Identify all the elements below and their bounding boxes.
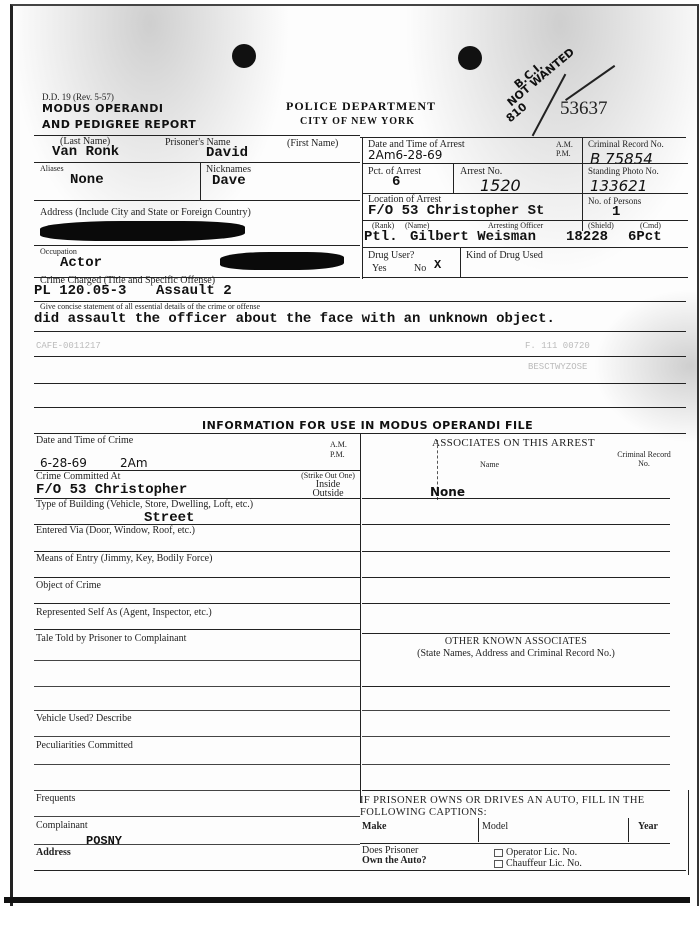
- aliases-label: Aliases: [40, 164, 64, 173]
- associates-record-col: Criminal Record No.: [616, 450, 672, 468]
- complainant-address-label: Address: [36, 847, 71, 858]
- first-name-value: David: [206, 145, 248, 161]
- vehicle-used-label: Vehicle Used? Describe: [36, 713, 132, 724]
- auto-heading: IF PRISONER OWNS OR DRIVES AN AUTO, FILL…: [360, 795, 690, 819]
- associates-line: [362, 498, 670, 499]
- complainant-value: POSNY: [86, 834, 122, 848]
- num-persons-value: 1: [612, 204, 620, 220]
- frequents-label: Frequents: [36, 793, 75, 804]
- associates-line: [362, 577, 670, 578]
- divider: [34, 686, 360, 687]
- type-building-label: Type of Building (Vehicle, Store, Dwelli…: [36, 499, 253, 510]
- owns-auto-label-line2: Own the Auto?: [362, 855, 426, 866]
- associates-line: [362, 524, 670, 525]
- date-time-arrest-value: 2Am6-28-69: [368, 148, 442, 162]
- center-divider: [360, 433, 361, 803]
- statement-line: [34, 356, 686, 357]
- vertical-divider: [362, 137, 363, 279]
- associates-line: [362, 603, 670, 604]
- divider: [34, 551, 360, 552]
- vertical-divider: [460, 247, 461, 277]
- auto-year-label: Year: [638, 821, 658, 832]
- divider: [34, 736, 360, 737]
- divider: [34, 577, 360, 578]
- first-name-label: (First Name): [287, 138, 338, 149]
- crime-pm-label: P.M.: [330, 450, 345, 459]
- officer-command-value: 6Pct: [628, 229, 662, 245]
- represented-self-label: Represented Self As (Agent, Inspector, e…: [36, 607, 212, 618]
- associates-name-col: Name: [480, 460, 499, 469]
- divider: [34, 200, 360, 201]
- pct-arrest-value: 6: [392, 174, 400, 190]
- mo-section-title: INFORMATION FOR USE IN MODUS OPERANDI FI…: [202, 419, 533, 432]
- vertical-divider: [453, 163, 454, 193]
- divider: [34, 162, 360, 163]
- address-label: Address (Include City and State or Forei…: [40, 207, 251, 218]
- statement-line: [34, 383, 686, 384]
- divider: [34, 603, 360, 604]
- tale-told-label: Tale Told by Prisoner to Complainant: [36, 633, 186, 644]
- chauffeur-license-option[interactable]: Chauffeur Lic. No.: [494, 858, 582, 869]
- divider: [362, 277, 688, 278]
- department-name: POLICE DEPARTMENT: [286, 99, 436, 114]
- officer-rank-value: Ptl.: [364, 229, 398, 245]
- form-title-line2: AND PEDIGREE REPORT: [42, 118, 196, 131]
- redacted-field: [220, 252, 344, 270]
- associate-entry: None: [430, 485, 465, 499]
- aliases-value: None: [70, 172, 104, 188]
- kind-drug-label: Kind of Drug Used: [466, 250, 543, 261]
- divider: [362, 163, 688, 164]
- chauffeur-license-label: Chauffeur Lic. No.: [506, 858, 582, 869]
- object-crime-label: Object of Crime: [36, 580, 101, 591]
- right-border: [688, 790, 689, 875]
- associates-title: ASSOCIATES ON THIS ARREST: [432, 437, 595, 449]
- officer-shield-value: 18228: [566, 229, 608, 245]
- drug-yes-label: Yes: [372, 263, 387, 274]
- chauffeur-checkbox[interactable]: [494, 860, 503, 868]
- drug-user-label: Drug User?: [368, 250, 414, 261]
- peculiarities-label: Peculiarities Committed: [36, 740, 133, 751]
- location-arrest-value: F/O 53 Christopher St: [368, 203, 544, 219]
- crime-committed-label: Crime Committed At: [36, 471, 120, 482]
- divider: [34, 870, 686, 871]
- owns-auto-label: Does Prisoner Own the Auto?: [362, 846, 426, 866]
- redacted-address: [40, 221, 245, 241]
- page-bottom-edge: [4, 897, 690, 903]
- vertical-divider: [478, 818, 479, 842]
- associates-line: [362, 764, 670, 765]
- form-title-line1: MODUS OPERANDI: [42, 102, 163, 115]
- crime-charged-code: PL 120.05-3: [34, 283, 126, 299]
- associates-line: [362, 736, 670, 737]
- divider: [34, 844, 360, 845]
- bleed-through-text: CAFE-0011217: [36, 341, 101, 351]
- divider: [34, 764, 360, 765]
- associates-line: [362, 686, 670, 687]
- occupation-value: Actor: [60, 255, 102, 271]
- associates-line: [362, 551, 670, 552]
- drug-answer: X: [434, 258, 441, 272]
- nicknames-value: Dave: [212, 173, 246, 189]
- divider: [34, 629, 360, 630]
- divider: [34, 245, 360, 246]
- crime-charged-desc: Assault 2: [156, 283, 232, 299]
- operator-license-option[interactable]: Operator Lic. No.: [494, 847, 577, 858]
- bleed-through-text: BESCTWYZOSE: [528, 362, 587, 372]
- date-time-crime-label: Date and Time of Crime: [36, 435, 133, 446]
- file-number: 53637: [560, 98, 608, 120]
- punch-hole-left: [232, 44, 256, 68]
- officer-name-value: Gilbert Weisman: [410, 229, 536, 245]
- last-name-value: Van Ronk: [52, 144, 119, 160]
- standing-photo-label: Standing Photo No.: [588, 166, 659, 176]
- divider: [34, 710, 360, 711]
- punch-hole-right: [458, 46, 482, 70]
- entered-via-label: Entered Via (Door, Window, Roof, etc.): [36, 525, 195, 536]
- divider: [360, 843, 670, 844]
- other-associates-subtitle: (State Names, Address and Criminal Recor…: [362, 648, 670, 659]
- vertical-divider: [200, 162, 201, 200]
- criminal-record-label: Criminal Record No.: [588, 139, 664, 149]
- means-entry-label: Means of Entry (Jimmy, Key, Bodily Force…: [36, 553, 212, 564]
- statement-line: [34, 407, 686, 408]
- operator-license-label: Operator Lic. No.: [506, 847, 577, 858]
- vertical-divider: [628, 818, 629, 842]
- city-name: CITY OF NEW YORK: [300, 116, 415, 127]
- form-number: D.D. 19 (Rev. 5-57): [42, 92, 114, 102]
- date-crime-value: 6-28-69: [40, 456, 87, 470]
- associates-line: [362, 710, 670, 711]
- divider: [362, 247, 688, 248]
- crime-committed-value: F/O 53 Christopher: [36, 482, 187, 498]
- other-associates-title: OTHER KNOWN ASSOCIATES: [362, 636, 670, 647]
- drug-no-label: No: [414, 263, 426, 274]
- auto-make-label: Make: [362, 821, 386, 832]
- divider: [360, 137, 686, 138]
- am-label: A.M.: [556, 140, 573, 149]
- divider: [34, 790, 360, 791]
- bleed-through-text: F. 111 00720: [525, 341, 590, 351]
- associates-line: [362, 633, 670, 634]
- time-crime-value: 2Am: [120, 456, 148, 470]
- divider: [34, 660, 360, 661]
- associates-line: [362, 790, 670, 791]
- statement-line: [34, 331, 686, 332]
- auto-model-label: Model: [482, 821, 508, 832]
- pm-label: P.M.: [556, 149, 571, 158]
- divider: [34, 816, 360, 817]
- complainant-label: Complainant: [36, 820, 88, 831]
- statement-label: Give concise statement of all essential …: [40, 302, 260, 311]
- vertical-divider: [582, 137, 583, 231]
- statement-value: did assault the officer about the face w…: [34, 311, 555, 327]
- operator-checkbox[interactable]: [494, 849, 503, 857]
- crime-am-label: A.M.: [330, 440, 347, 449]
